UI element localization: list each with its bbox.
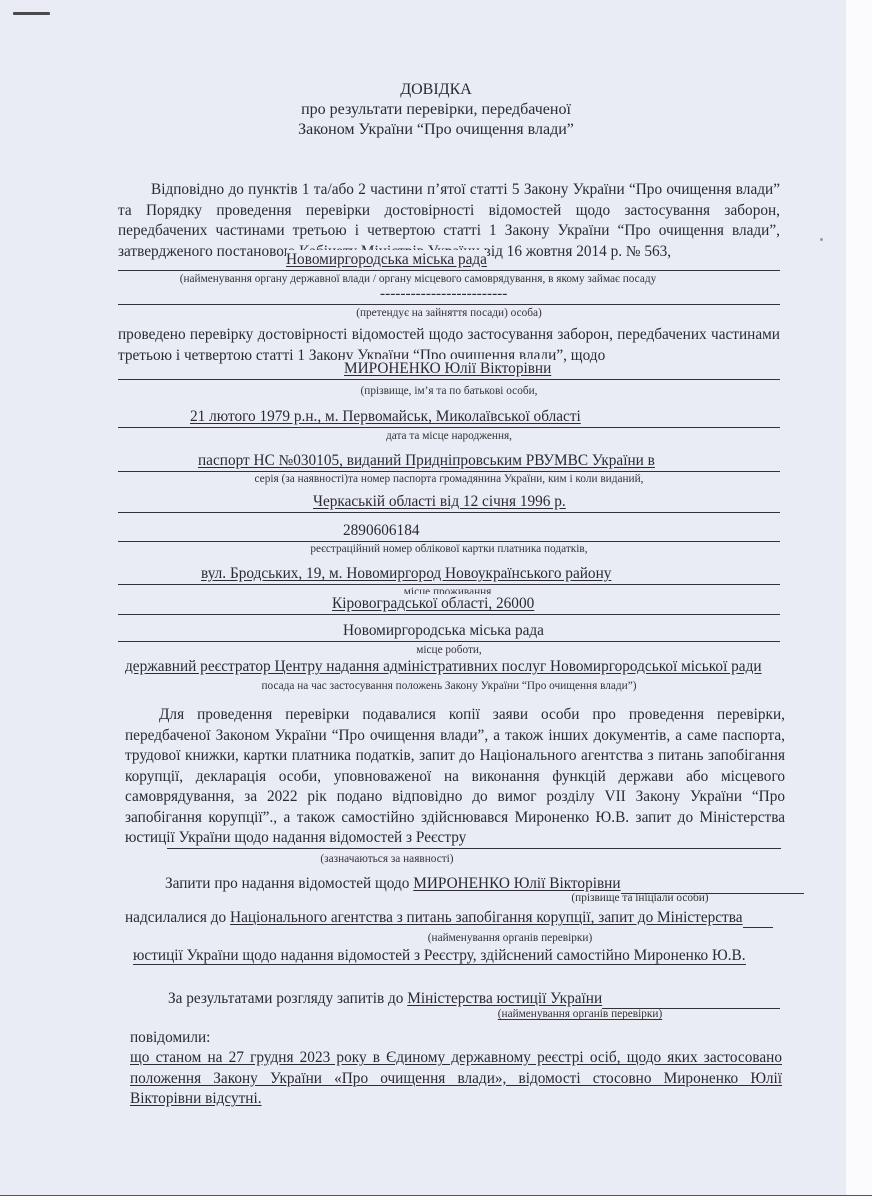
workplace-value: Новомиргородська міська рада (343, 621, 544, 641)
requests-line-1: Запити про надання відомостей щодо МИРОН… (165, 874, 804, 894)
notes-caption: (зазначаються за наявності) (167, 853, 607, 866)
fill-line (743, 911, 773, 928)
documents-paragraph: Для проведення перевірки подавалися копі… (125, 705, 785, 849)
workplace-caption: місце роботи, (118, 644, 780, 657)
field-passport-2: Черкаській області від 12 січня 1996 р. (118, 491, 780, 513)
fill-line (602, 992, 780, 1009)
field-tax-id: 2890606184 (118, 520, 780, 542)
residence-2-value: Кіровоградської області, 26000 (332, 594, 534, 614)
birth-caption: дата та місце народження, (118, 430, 780, 443)
tax-id-caption: реєстраційний номер облікової картки пла… (118, 543, 780, 556)
scan-edge (846, 0, 872, 1196)
results-body: Міністерства юстиції України (407, 990, 602, 1007)
staple-mark (13, 12, 50, 15)
candidate-value: ------------------------- (380, 284, 507, 304)
field-passport-1: паспорт НС №030105, виданий Придніпровсь… (118, 450, 780, 472)
tax-id-value: 2890606184 (343, 521, 419, 541)
residence-1-value: вул. Бродських, 19, м. Новомиргород Ново… (201, 564, 611, 584)
requests-prefix: Запити про надання відомостей щодо (165, 875, 409, 892)
scan-speck (820, 238, 823, 241)
birth-value: 21 лютого 1979 р.н., м. Первомайськ, Мик… (190, 407, 581, 427)
requests-bodies-2: юстиції України щодо надання відомостей … (133, 947, 746, 965)
notes-line (167, 847, 781, 849)
requests-line-2: надсилалися до Національного агентства з… (125, 908, 773, 928)
document-subtitle-1: про результати перевірки, передбаченої (0, 100, 872, 120)
passport-2-value: Черкаській області від 12 січня 1996 р. (313, 492, 566, 512)
document-subtitle-2: Законом України “Про очищення влади” (0, 120, 872, 140)
results-line: За результатами розгляду запитів до Міні… (168, 989, 780, 1009)
reported-label: повідомили: (130, 1028, 210, 1048)
passport-caption: серія (за наявності)та номер паспорта гр… (118, 473, 780, 486)
authority-value: Новомиргородська міська рада (286, 250, 487, 270)
field-residence-1: вул. Бродських, 19, м. Новомиргород Ново… (118, 563, 780, 585)
position-value: державний реєстратор Центру надання адмі… (125, 657, 762, 677)
results-body-caption: (найменування органів перевірки) (480, 1008, 680, 1021)
requests-bodies-caption: (найменування органів перевірки) (380, 932, 640, 945)
candidate-caption: (претендує на зайняття посади) особа) (118, 307, 780, 320)
field-birth: 21 лютого 1979 р.н., м. Первомайськ, Мик… (118, 406, 780, 428)
requests-person: МИРОНЕНКО Юлії Вікторівни (413, 875, 620, 892)
full-name-caption: (прізвище, ім’я та по батькові особи, (118, 385, 780, 398)
field-full-name: МИРОНЕНКО Юлії Вікторівни (118, 358, 780, 380)
field-authority: Новомиргородська міська рада (118, 249, 780, 271)
field-workplace: Новомиргородська міська рада (118, 620, 780, 642)
requests-sent-prefix: надсилалися до (125, 909, 226, 926)
requests-bodies-1: Національного агентства з питань запобіг… (230, 909, 743, 926)
passport-1-value: паспорт НС №030105, виданий Придніпровсь… (198, 451, 655, 471)
conclusion-paragraph: що станом на 27 грудня 2023 року в Єдино… (130, 1048, 782, 1110)
scan-bottom-edge (0, 1195, 872, 1200)
field-candidate: ------------------------- (118, 283, 780, 305)
requests-person-caption: (прізвище та ініціали особи) (540, 892, 740, 905)
document-title: ДОВІДКА (0, 80, 872, 100)
requests-line-3: юстиції України щодо надання відомостей … (133, 946, 746, 966)
results-prefix: За результатами розгляду запитів до (168, 990, 403, 1007)
full-name-value: МИРОНЕНКО Юлії Вікторівни (344, 359, 551, 379)
position-caption: посада на час застосування положень Зако… (118, 680, 780, 693)
field-residence-2: Кіровоградської області, 26000 (118, 593, 780, 615)
